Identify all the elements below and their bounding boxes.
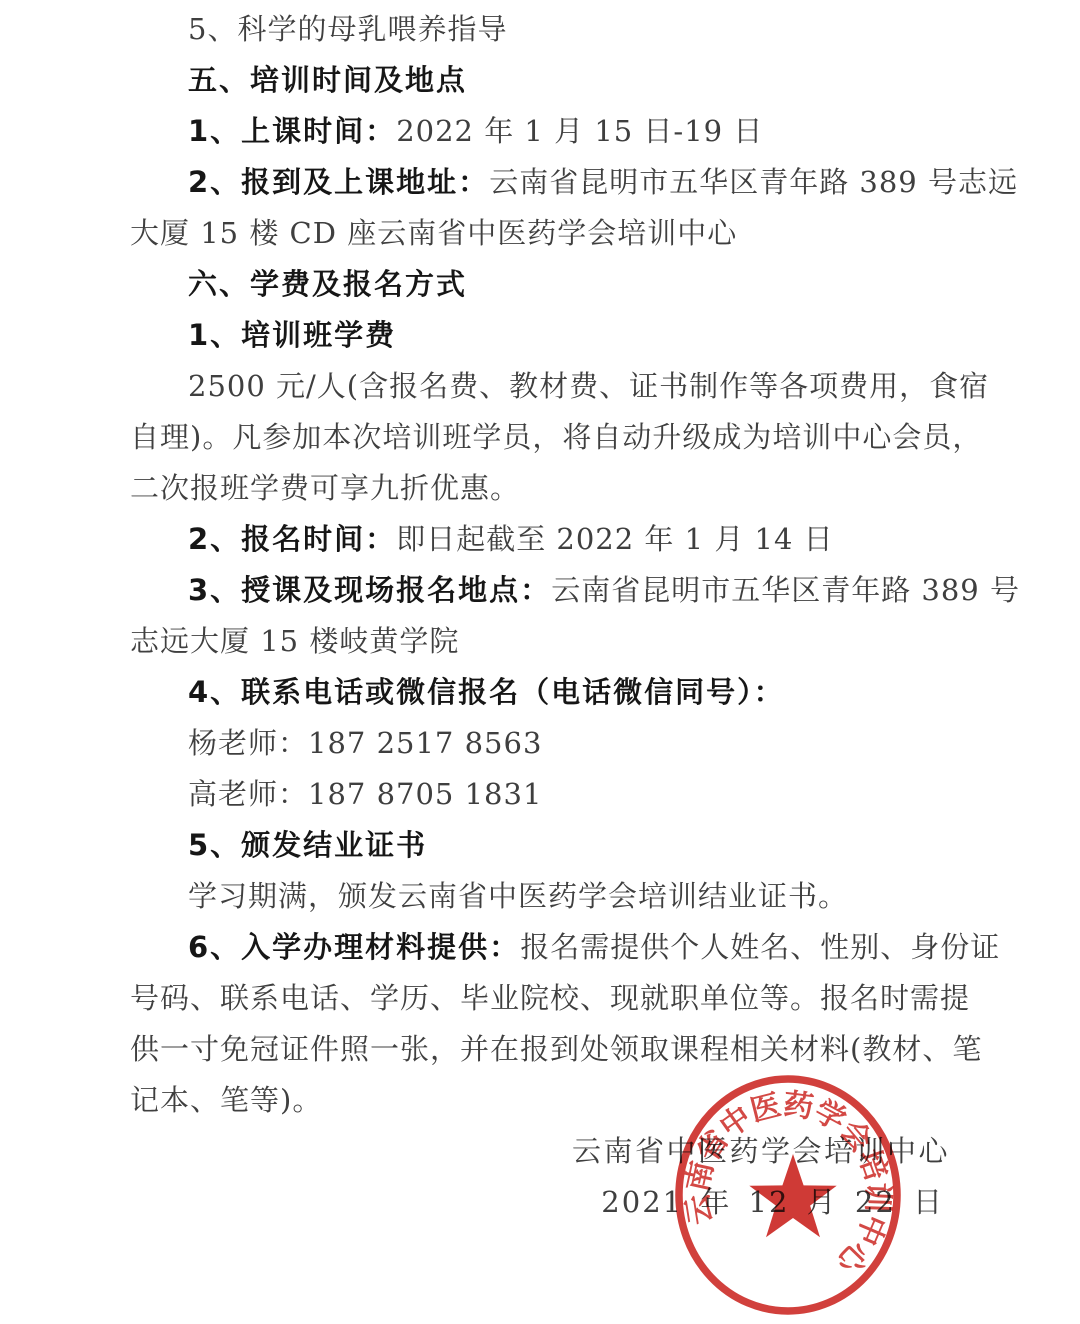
list-item-breastfeeding: 5、科学的母乳喂养指导 — [130, 4, 958, 55]
heading-text: 5、颁发结业证书 — [188, 828, 427, 862]
body-text: 号码、联系电话、学历、毕业院校、现就职单位等。报名时需提 — [130, 981, 970, 1015]
heading-text: 4、联系电话或微信报名（电话微信同号）： — [188, 675, 785, 709]
paragraph-line: 记本、笔等)。 — [130, 1075, 958, 1126]
body-text: 2021 年 12 月 22 日 — [601, 1185, 944, 1219]
body-text: 2022 年 1 月 15 日-19 日 — [396, 114, 763, 148]
body-text: 记本、笔等)。 — [130, 1083, 322, 1117]
body-text: 报名需提供个人姓名、性别、身份证 — [520, 930, 1000, 964]
heading-text: 五、培训时间及地点 — [188, 63, 467, 97]
body-text: 学习期满，颁发云南省中医药学会培训结业证书。 — [188, 879, 848, 913]
paragraph-line: 大厦 15 楼 CD 座云南省中医药学会培训中心 — [130, 208, 958, 259]
heading-text: 6、入学办理材料提供： — [188, 930, 520, 964]
paragraph-line: 号码、联系电话、学历、毕业院校、现就职单位等。报名时需提 — [130, 973, 958, 1024]
contact-line-gao: 高老师：187 8705 1831 — [130, 769, 958, 820]
paragraph-line: 自理)。凡参加本次培训班学员，将自动升级成为培训中心会员， — [130, 412, 958, 463]
list-item-signup-place: 3、授课及现场报名地点：云南省昆明市五华区青年路 389 号 — [130, 565, 958, 616]
signature-line: 云南省中医药学会培训中心 — [130, 1126, 958, 1177]
body-text: 二次报班学费可享九折优惠。 — [130, 471, 520, 505]
body-text: 自理)。凡参加本次培训班学员，将自动升级成为培训中心会员， — [130, 420, 982, 454]
heading-text: 1、培训班学费 — [188, 318, 396, 352]
section-heading-time-place: 五、培训时间及地点 — [130, 55, 958, 106]
body-text: 2500 元/人(含报名费、教材费、证书制作等各项费用，食宿 — [188, 369, 989, 403]
heading-text: 2、报名时间： — [188, 522, 396, 556]
body-text: 云南省昆明市五华区青年路 389 号志远 — [489, 165, 1018, 199]
paragraph-line: 供一寸免冠证件照一张，并在报到处领取课程相关材料(教材、笔 — [130, 1024, 958, 1075]
heading-text: 六、学费及报名方式 — [188, 267, 467, 301]
list-item-class-time: 1、上课时间：2022 年 1 月 15 日-19 日 — [130, 106, 958, 157]
list-item-signup-time: 2、报名时间：即日起截至 2022 年 1 月 14 日 — [130, 514, 958, 565]
paragraph-line: 志远大厦 15 楼岐黄学院 — [130, 616, 958, 667]
paragraph-line: 学习期满，颁发云南省中医药学会培训结业证书。 — [130, 871, 958, 922]
body-text: 志远大厦 15 楼岐黄学院 — [130, 624, 459, 658]
date-line: 2021 年 12 月 22 日 — [130, 1177, 958, 1228]
sub-heading-tuition: 1、培训班学费 — [130, 310, 958, 361]
document-body: 5、科学的母乳喂养指导五、培训时间及地点1、上课时间：2022 年 1 月 15… — [130, 4, 958, 1228]
section-heading-fees: 六、学费及报名方式 — [130, 259, 958, 310]
list-item-report-address: 2、报到及上课地址：云南省昆明市五华区青年路 389 号志远 — [130, 157, 958, 208]
body-text: 供一寸免冠证件照一张，并在报到处领取课程相关材料(教材、笔 — [130, 1032, 982, 1066]
body-text: 高老师：187 8705 1831 — [188, 777, 542, 811]
heading-text: 3、授课及现场报名地点： — [188, 573, 551, 607]
body-text: 杨老师：187 2517 8563 — [188, 726, 542, 760]
contact-line-yang: 杨老师：187 2517 8563 — [130, 718, 958, 769]
sub-heading-certificate: 5、颁发结业证书 — [130, 820, 958, 871]
body-text: 云南省昆明市五华区青年路 389 号 — [551, 573, 1020, 607]
sub-heading-contact: 4、联系电话或微信报名（电话微信同号）： — [130, 667, 958, 718]
list-item-materials: 6、入学办理材料提供：报名需提供个人姓名、性别、身份证 — [130, 922, 958, 973]
heading-text: 2、报到及上课地址： — [188, 165, 489, 199]
paragraph-line: 2500 元/人(含报名费、教材费、证书制作等各项费用，食宿 — [130, 361, 958, 412]
document-page: 5、科学的母乳喂养指导五、培训时间及地点1、上课时间：2022 年 1 月 15… — [0, 0, 1080, 1324]
body-text: 即日起截至 2022 年 1 月 14 日 — [396, 522, 833, 556]
heading-text: 1、上课时间： — [188, 114, 396, 148]
body-text: 大厦 15 楼 CD 座云南省中医药学会培训中心 — [130, 216, 737, 250]
paragraph-line: 二次报班学费可享九折优惠。 — [130, 463, 958, 514]
body-text: 5、科学的母乳喂养指导 — [188, 12, 507, 46]
body-text: 云南省中医药学会培训中心 — [572, 1134, 950, 1168]
